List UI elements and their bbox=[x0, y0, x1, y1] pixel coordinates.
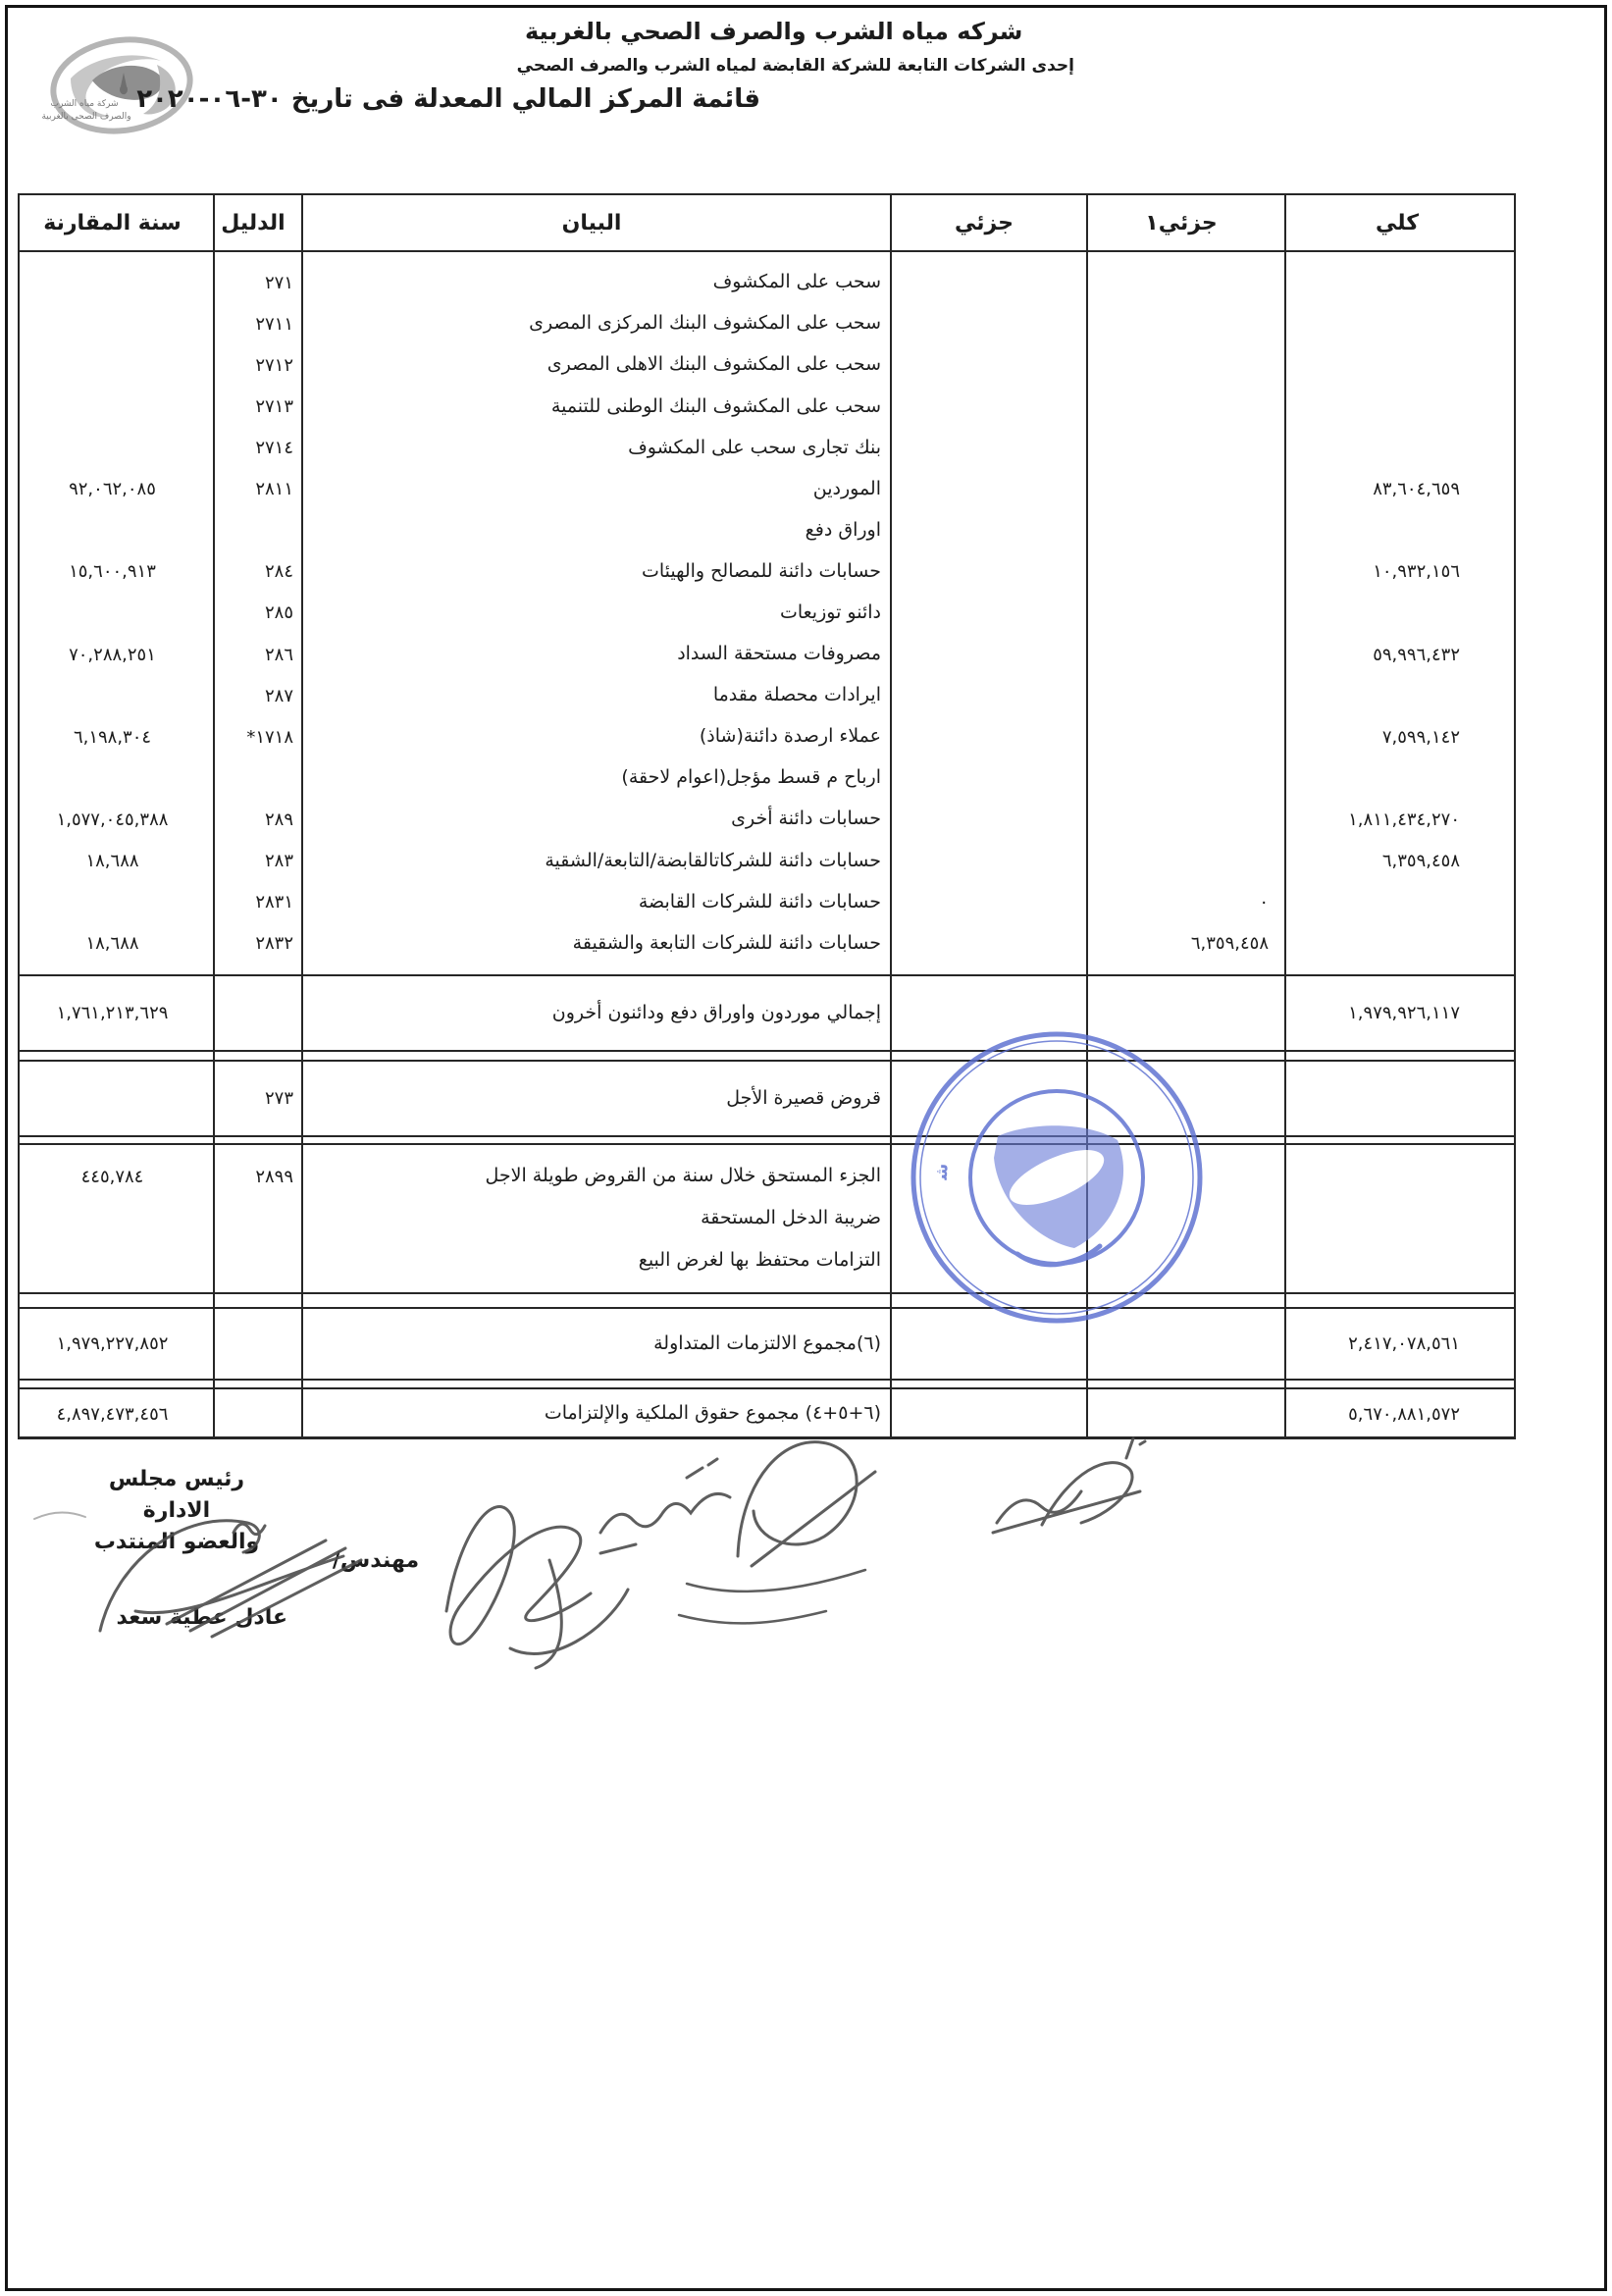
table-row: سحب على المكشوف البنك الاهلى المصرى ٢٧١٢ bbox=[20, 354, 1514, 376]
cell-total: ١,٩٧٩,٩٢٦,١١٧ bbox=[1280, 1003, 1514, 1023]
balance-sheet-table: كلي جزئي١ جزئي البيان الدليل سنة المقارن… bbox=[18, 193, 1516, 1439]
cell-comparison: ١٨,٦٨٨ bbox=[16, 933, 209, 954]
cell-comparison: ٤,٨٩٧,٤٧٣,٤٥٦ bbox=[16, 1404, 209, 1425]
cell-code: ٢٨٦ bbox=[209, 645, 297, 665]
cell-statement: حسابات دائنة للشركاتالقابضة/التابعة/الشق… bbox=[297, 851, 886, 872]
cell-code: ٢٨٣١ bbox=[209, 892, 297, 913]
chairman-title-line2: والعضو المنتدب bbox=[83, 1527, 270, 1558]
table-row: ٥,٦٧٠,٨٨١,٥٧٢ (٦+٥+٤) مجموع حقوق الملكية… bbox=[20, 1403, 1514, 1425]
cell-total: ٦,٣٥٩,٤٥٨ bbox=[1280, 851, 1514, 871]
header-partial1: جزئي١ bbox=[1082, 211, 1280, 235]
table-row: ٥٩,٩٩٦,٤٣٢ مصروفات مستحقة السداد ٢٨٦ ٧٠,… bbox=[20, 644, 1514, 665]
cell-comparison: ١,٧٦١,٢١٣,٦٢٩ bbox=[16, 1003, 209, 1023]
chairman-title-line1: رئيس مجلس الادارة bbox=[83, 1464, 270, 1527]
document-title: قائمة المركز المالي المعدلة فى تاريخ ٣٠-… bbox=[211, 84, 760, 114]
cell-statement: مصروفات مستحقة السداد bbox=[297, 644, 886, 665]
table-row: ٢,٤١٧,٠٧٨,٥٦١ (٦)مجموع الالتزمات المتداو… bbox=[20, 1333, 1514, 1355]
header-code: الدليل bbox=[209, 211, 297, 235]
section-short-term-loans: قروض قصيرة الأجل ٢٧٣ bbox=[20, 1062, 1514, 1135]
cell-partial1: ٦,٣٥٩,٤٥٨ bbox=[1082, 933, 1280, 954]
cell-code: ٢٨٩ bbox=[209, 809, 297, 830]
table-row: ضريبة الدخل المستحقة bbox=[20, 1208, 1514, 1229]
logo-text-line2: والصرف الصحى بالغربية bbox=[41, 112, 130, 122]
cell-total: ٢,٤١٧,٠٧٨,٥٦١ bbox=[1280, 1333, 1514, 1354]
cell-partial1: ٠ bbox=[1082, 892, 1280, 913]
cell-statement: التزامات محتفظ بها لغرض البيع bbox=[297, 1250, 886, 1272]
table-row: ٧,٥٩٩,١٤٢ عملاء ارصدة دائنة(شاذ) ١٧١٨* ٦… bbox=[20, 726, 1514, 748]
cell-total: ١,٨١١,٤٣٤,٢٧٠ bbox=[1280, 809, 1514, 830]
cell-code: ٢٨٤ bbox=[209, 561, 297, 582]
cell-code: ٢٧١٣ bbox=[209, 396, 297, 417]
cell-statement: ضريبة الدخل المستحقة bbox=[297, 1208, 886, 1229]
cell-code: ٢٨٥ bbox=[209, 602, 297, 623]
table-row: ١,٩٧٩,٩٢٦,١١٧ إجمالي موردون واوراق دفع و… bbox=[20, 1003, 1514, 1024]
table-row: قروض قصيرة الأجل ٢٧٣ bbox=[20, 1088, 1514, 1110]
cell-total: ١٠,٩٣٢,١٥٦ bbox=[1280, 561, 1514, 582]
cell-statement: سحب على المكشوف البنك الوطنى للتنمية bbox=[297, 396, 886, 418]
cell-code: ٢٨٣ bbox=[209, 851, 297, 871]
cell-comparison: ١٥,٦٠٠,٩١٣ bbox=[16, 561, 209, 582]
cell-statement: حسابات دائنة أخرى bbox=[297, 809, 886, 830]
cell-statement: إجمالي موردون واوراق دفع ودائنون أخرون bbox=[297, 1003, 886, 1024]
cell-total: ٧,٥٩٩,١٤٢ bbox=[1280, 727, 1514, 748]
cell-statement: حسابات دائنة للمصالح والهيئات bbox=[297, 561, 886, 583]
cell-comparison: ١٨,٦٨٨ bbox=[16, 851, 209, 871]
table-row: سحب على المكشوف البنك المركزى المصرى ٢٧١… bbox=[20, 313, 1514, 335]
cell-statement: قروض قصيرة الأجل bbox=[297, 1088, 886, 1110]
cell-statement: حسابات دائنة للشركات التابعة والشقيقة bbox=[297, 933, 886, 955]
table-row: سحب على المكشوف ٢٧١ bbox=[20, 272, 1514, 293]
table-row: سحب على المكشوف البنك الوطنى للتنمية ٢٧١… bbox=[20, 396, 1514, 418]
cell-statement: الموردين bbox=[297, 479, 886, 500]
row-line bbox=[20, 1135, 1514, 1137]
table-row: ١٠,٩٣٢,١٥٦ حسابات دائنة للمصالح والهيئات… bbox=[20, 561, 1514, 583]
section-other-current-liabilities: الجزء المستحق خلال سنة من القروض طويلة ا… bbox=[20, 1145, 1514, 1292]
table-row: ٦,٣٥٩,٤٥٨ حسابات دائنة للشركات التابعة و… bbox=[20, 933, 1514, 955]
cell-statement: سحب على المكشوف bbox=[297, 272, 886, 293]
cell-statement: (٦+٥+٤) مجموع حقوق الملكية والإلتزامات bbox=[297, 1403, 886, 1425]
table-row: ٠ حسابات دائنة للشركات القابضة ٢٨٣١ bbox=[20, 892, 1514, 913]
table-row: ٨٣,٦٠٤,٦٥٩ الموردين ٢٨١١ ٩٢,٠٦٢,٠٨٥ bbox=[20, 479, 1514, 500]
cell-statement: سحب على المكشوف البنك المركزى المصرى bbox=[297, 313, 886, 335]
cell-statement: دائنو توزيعات bbox=[297, 602, 886, 624]
table-row: بنك تجارى سحب على المكشوف ٢٧١٤ bbox=[20, 438, 1514, 459]
cell-statement: عملاء ارصدة دائنة(شاذ) bbox=[297, 726, 886, 748]
cell-statement: سحب على المكشوف البنك الاهلى المصرى bbox=[297, 354, 886, 376]
cell-code: ٢٨٣٢ bbox=[209, 933, 297, 954]
cell-total: ٥٩,٩٩٦,٤٣٢ bbox=[1280, 645, 1514, 665]
table-row: التزامات محتفظ بها لغرض البيع bbox=[20, 1250, 1514, 1272]
table-row: ايرادات محصلة مقدما ٢٨٧ bbox=[20, 685, 1514, 706]
scanned-balance-sheet-page: شركة مياه الشرب والصرف الصحى بالغربية شر… bbox=[0, 0, 1612, 2296]
cell-statement: اوراق دفع bbox=[297, 520, 886, 542]
engineer-label: مهندس/ bbox=[327, 1548, 425, 1573]
cell-statement: بنك تجارى سحب على المكشوف bbox=[297, 438, 886, 459]
table-row: ارباح م قسط مؤجل(اعوام لاحقة) bbox=[20, 767, 1514, 789]
header-total: كلي bbox=[1280, 211, 1514, 235]
table-row: اوراق دفع bbox=[20, 520, 1514, 542]
cell-statement: ارباح م قسط مؤجل(اعوام لاحقة) bbox=[297, 767, 886, 789]
cell-code: ١٧١٨* bbox=[209, 727, 297, 748]
cell-statement: حسابات دائنة للشركات القابضة bbox=[297, 892, 886, 913]
cell-comparison: ٩٢,٠٦٢,٠٨٥ bbox=[16, 479, 209, 499]
cell-code: ٢٧٣ bbox=[209, 1088, 297, 1109]
cell-total: ٥,٦٧٠,٨٨١,٥٧٢ bbox=[1280, 1404, 1514, 1425]
header-statement: البيان bbox=[297, 211, 886, 235]
table-header-row: كلي جزئي١ جزئي البيان الدليل سنة المقارن… bbox=[20, 195, 1514, 250]
cell-code: ٢٧١٤ bbox=[209, 438, 297, 458]
cell-comparison: ١,٥٧٧,٠٤٥,٣٨٨ bbox=[16, 809, 209, 830]
chairman-name: عادل عطية سعد bbox=[130, 1605, 287, 1630]
table-row: ١,٨١١,٤٣٤,٢٧٠ حسابات دائنة أخرى ٢٨٩ ١,٥٧… bbox=[20, 809, 1514, 830]
section-current-liabilities-total: ٢,٤١٧,٠٧٨,٥٦١ (٦)مجموع الالتزمات المتداو… bbox=[20, 1309, 1514, 1379]
cell-statement: ايرادات محصلة مقدما bbox=[297, 685, 886, 706]
cell-comparison: ٧٠,٢٨٨,٢٥١ bbox=[16, 645, 209, 665]
engineer-signature bbox=[446, 1507, 628, 1668]
table-row: دائنو توزيعات ٢٨٥ bbox=[20, 602, 1514, 624]
section-suppliers-total: ١,٩٧٩,٩٢٦,١١٧ إجمالي موردون واوراق دفع و… bbox=[20, 976, 1514, 1050]
row-line bbox=[20, 1379, 1514, 1381]
cell-code: ٢٨٩٩ bbox=[209, 1167, 297, 1187]
table-row: ٦,٣٥٩,٤٥٨ حسابات دائنة للشركاتالقابضة/ال… bbox=[20, 851, 1514, 872]
company-name: شركه مياه الشرب والصرف الصحي بالغربية bbox=[525, 18, 1074, 45]
cell-code: ٢٧١٢ bbox=[209, 355, 297, 376]
header-partial: جزئي bbox=[886, 211, 1082, 235]
cell-statement: (٦)مجموع الالتزمات المتداولة bbox=[297, 1333, 886, 1355]
cell-total: ٨٣,٦٠٤,٦٥٩ bbox=[1280, 479, 1514, 499]
table-row: الجزء المستحق خلال سنة من القروض طويلة ا… bbox=[20, 1166, 1514, 1187]
cell-comparison: ٤٤٥,٧٨٤ bbox=[16, 1167, 209, 1187]
cell-code: ٢٨١١ bbox=[209, 479, 297, 499]
logo-text-line1: شركة مياه الشرب bbox=[50, 99, 118, 109]
cell-code: ٢٧١١ bbox=[209, 314, 297, 335]
company-subtitle: إحدى الشركات التابعة للشركة القابضة لميا… bbox=[525, 56, 1074, 76]
header-comparison: سنة المقارنة bbox=[16, 211, 209, 235]
right-signature bbox=[993, 1438, 1145, 1533]
middle-signature bbox=[600, 1459, 730, 1553]
section-main: سحب على المكشوف ٢٧١ سحب على المكشوف البن… bbox=[20, 252, 1514, 974]
row-line bbox=[20, 1292, 1514, 1294]
cell-code: ٢٨٧ bbox=[209, 686, 297, 706]
loop-signature bbox=[679, 1442, 875, 1624]
row-line bbox=[20, 1050, 1514, 1052]
cell-statement: الجزء المستحق خلال سنة من القروض طويلة ا… bbox=[297, 1166, 886, 1187]
cell-code: ٢٧١ bbox=[209, 273, 297, 293]
chairman-title: رئيس مجلس الادارة والعضو المنتدب bbox=[83, 1464, 270, 1558]
cell-comparison: ٦,١٩٨,٣٠٤ bbox=[16, 727, 209, 748]
section-equity-liabilities-total: ٥,٦٧٠,٨٨١,٥٧٢ (٦+٥+٤) مجموع حقوق الملكية… bbox=[20, 1389, 1514, 1438]
cell-comparison: ١,٩٧٩,٢٢٧,٨٥٢ bbox=[16, 1333, 209, 1354]
